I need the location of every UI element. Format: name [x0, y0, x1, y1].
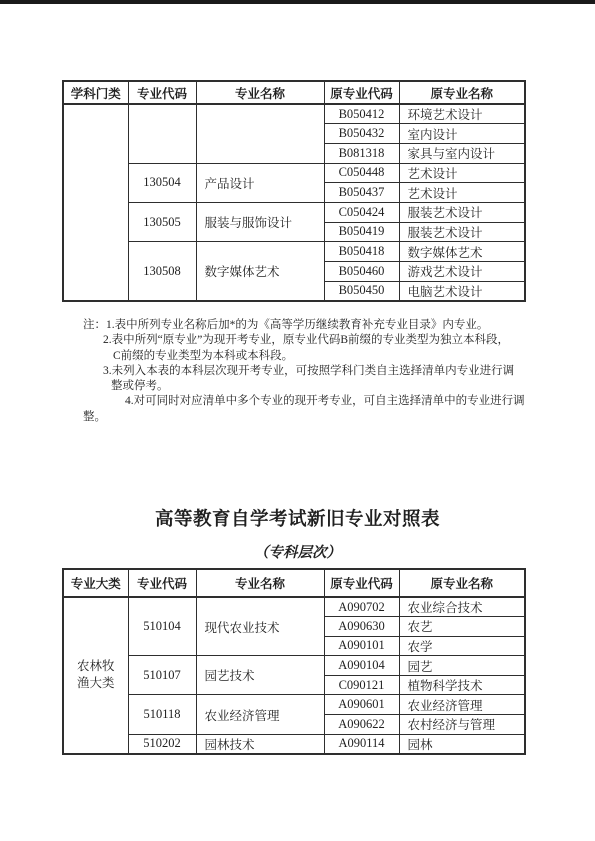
old-major-name-cell: 农学: [399, 636, 525, 656]
section-subtitle: （专科层次）: [0, 541, 595, 562]
old-major-code-cell: B050419: [324, 222, 399, 242]
old-major-name-cell: 数字媒体艺术: [399, 242, 525, 262]
table-row: 510202园林技术A090114园林: [63, 734, 525, 754]
major-code-cell: 510107: [128, 656, 196, 695]
major-code-cell: 510118: [128, 695, 196, 734]
old-major-code-cell: B050412: [324, 104, 399, 124]
table-row: 130504产品设计C050448艺术设计: [63, 163, 525, 183]
document-page: 学科门类专业代码专业名称原专业代码原专业名称B050412环境艺术设计B0504…: [0, 0, 595, 841]
college-major-mapping-table: 专业大类专业代码专业名称原专业代码原专业名称农林牧渔大类510104现代农业技术…: [62, 568, 526, 755]
old-major-name-cell: 园艺: [399, 656, 525, 676]
major-code-cell: 130504: [128, 163, 196, 202]
old-major-name-cell: 艺术设计: [399, 163, 525, 183]
major-name-cell: 农业经济管理: [196, 695, 324, 734]
old-major-name-cell: 电脑艺术设计: [399, 281, 525, 301]
column-header: 原专业名称: [399, 569, 525, 597]
old-major-name-cell: 服装艺术设计: [399, 202, 525, 222]
table-row: 510107园艺技术A090104园艺: [63, 656, 525, 676]
old-major-name-cell: 植物科学技术: [399, 675, 525, 695]
note-line: 3.未列入本表的本科层次现开考专业，可按照学科门类自主选择清单内专业进行调: [103, 364, 523, 379]
old-major-code-cell: B050450: [324, 281, 399, 301]
major-name-cell: 园林技术: [196, 734, 324, 754]
old-major-name-cell: 环境艺术设计: [399, 104, 525, 124]
major-code-cell: 130508: [128, 242, 196, 301]
column-header: 专业名称: [196, 569, 324, 597]
note-line: 整。: [83, 410, 523, 425]
old-major-code-cell: B050460: [324, 262, 399, 282]
category-cell: [63, 104, 128, 301]
major-code-cell: 510202: [128, 734, 196, 754]
note-line: 4.对可同时对应清单中多个专业的现开考专业，可自主选择清单中的专业进行调: [125, 394, 523, 409]
table-row: B050412环境艺术设计: [63, 104, 525, 124]
old-major-code-cell: A090101: [324, 636, 399, 656]
old-major-name-cell: 园林: [399, 734, 525, 754]
major-name-cell: 数字媒体艺术: [196, 242, 324, 301]
table-row: 130508数字媒体艺术B050418数字媒体艺术: [63, 242, 525, 262]
major-code-cell: 130505: [128, 202, 196, 241]
note-line: 整或停考。: [111, 379, 523, 394]
category-cell: 农林牧渔大类: [63, 597, 128, 754]
column-header: 专业名称: [196, 81, 324, 104]
table-row: 510118农业经济管理A090601农业经济管理: [63, 695, 525, 715]
old-major-code-cell: A090622: [324, 715, 399, 735]
undergraduate-major-mapping-table: 学科门类专业代码专业名称原专业代码原专业名称B050412环境艺术设计B0504…: [62, 80, 526, 302]
old-major-code-cell: A090601: [324, 695, 399, 715]
major-name-cell: 服装与服饰设计: [196, 202, 324, 241]
old-major-code-cell: A090702: [324, 597, 399, 617]
old-major-name-cell: 室内设计: [399, 124, 525, 144]
old-major-name-cell: 农村经济与管理: [399, 715, 525, 735]
old-major-code-cell: B050437: [324, 183, 399, 203]
old-major-name-cell: 农业经济管理: [399, 695, 525, 715]
old-major-name-cell: 服装艺术设计: [399, 222, 525, 242]
note-line: C前缀的专业类型为本科或本科段。: [113, 349, 523, 364]
old-major-code-cell: B050432: [324, 124, 399, 144]
old-major-code-cell: A090114: [324, 734, 399, 754]
notes-block: 注：1.表中所列专业名称后加*的为《高等学历继续教育补充专业目录》内专业。 2.…: [83, 318, 523, 425]
column-header: 专业代码: [128, 569, 196, 597]
major-code-cell: 510104: [128, 597, 196, 656]
major-name-cell: 现代农业技术: [196, 597, 324, 656]
old-major-name-cell: 家具与室内设计: [399, 143, 525, 163]
section-title: 高等教育自学考试新旧专业对照表: [0, 505, 595, 531]
major-name-cell: 园艺技术: [196, 656, 324, 695]
column-header: 原专业名称: [399, 81, 525, 104]
page-top-border: [0, 0, 595, 4]
note-line: 2.表中所列“原专业”为现开考专业，原专业代码B前缀的专业类型为独立本科段，: [103, 333, 523, 348]
header-row: 专业大类专业代码专业名称原专业代码原专业名称: [63, 569, 525, 597]
major-name-cell: 产品设计: [196, 163, 324, 202]
table-row: 130505服装与服饰设计C050424服装艺术设计: [63, 202, 525, 222]
old-major-code-cell: C090121: [324, 675, 399, 695]
old-major-code-cell: B081318: [324, 143, 399, 163]
column-header: 专业代码: [128, 81, 196, 104]
table-row: 农林牧渔大类510104现代农业技术A090702农业综合技术: [63, 597, 525, 617]
column-header: 原专业代码: [324, 81, 399, 104]
major-code-cell: [128, 104, 196, 163]
major-name-cell: [196, 104, 324, 163]
old-major-name-cell: 农艺: [399, 617, 525, 637]
note-line: 注：1.表中所列专业名称后加*的为《高等学历继续教育补充专业目录》内专业。: [83, 318, 523, 333]
column-header: 学科门类: [63, 81, 128, 104]
old-major-code-cell: C050448: [324, 163, 399, 183]
old-major-name-cell: 农业综合技术: [399, 597, 525, 617]
old-major-name-cell: 艺术设计: [399, 183, 525, 203]
column-header: 专业大类: [63, 569, 128, 597]
old-major-code-cell: C050424: [324, 202, 399, 222]
column-header: 原专业代码: [324, 569, 399, 597]
old-major-code-cell: A090630: [324, 617, 399, 637]
old-major-code-cell: A090104: [324, 656, 399, 676]
header-row: 学科门类专业代码专业名称原专业代码原专业名称: [63, 81, 525, 104]
old-major-name-cell: 游戏艺术设计: [399, 262, 525, 282]
old-major-code-cell: B050418: [324, 242, 399, 262]
